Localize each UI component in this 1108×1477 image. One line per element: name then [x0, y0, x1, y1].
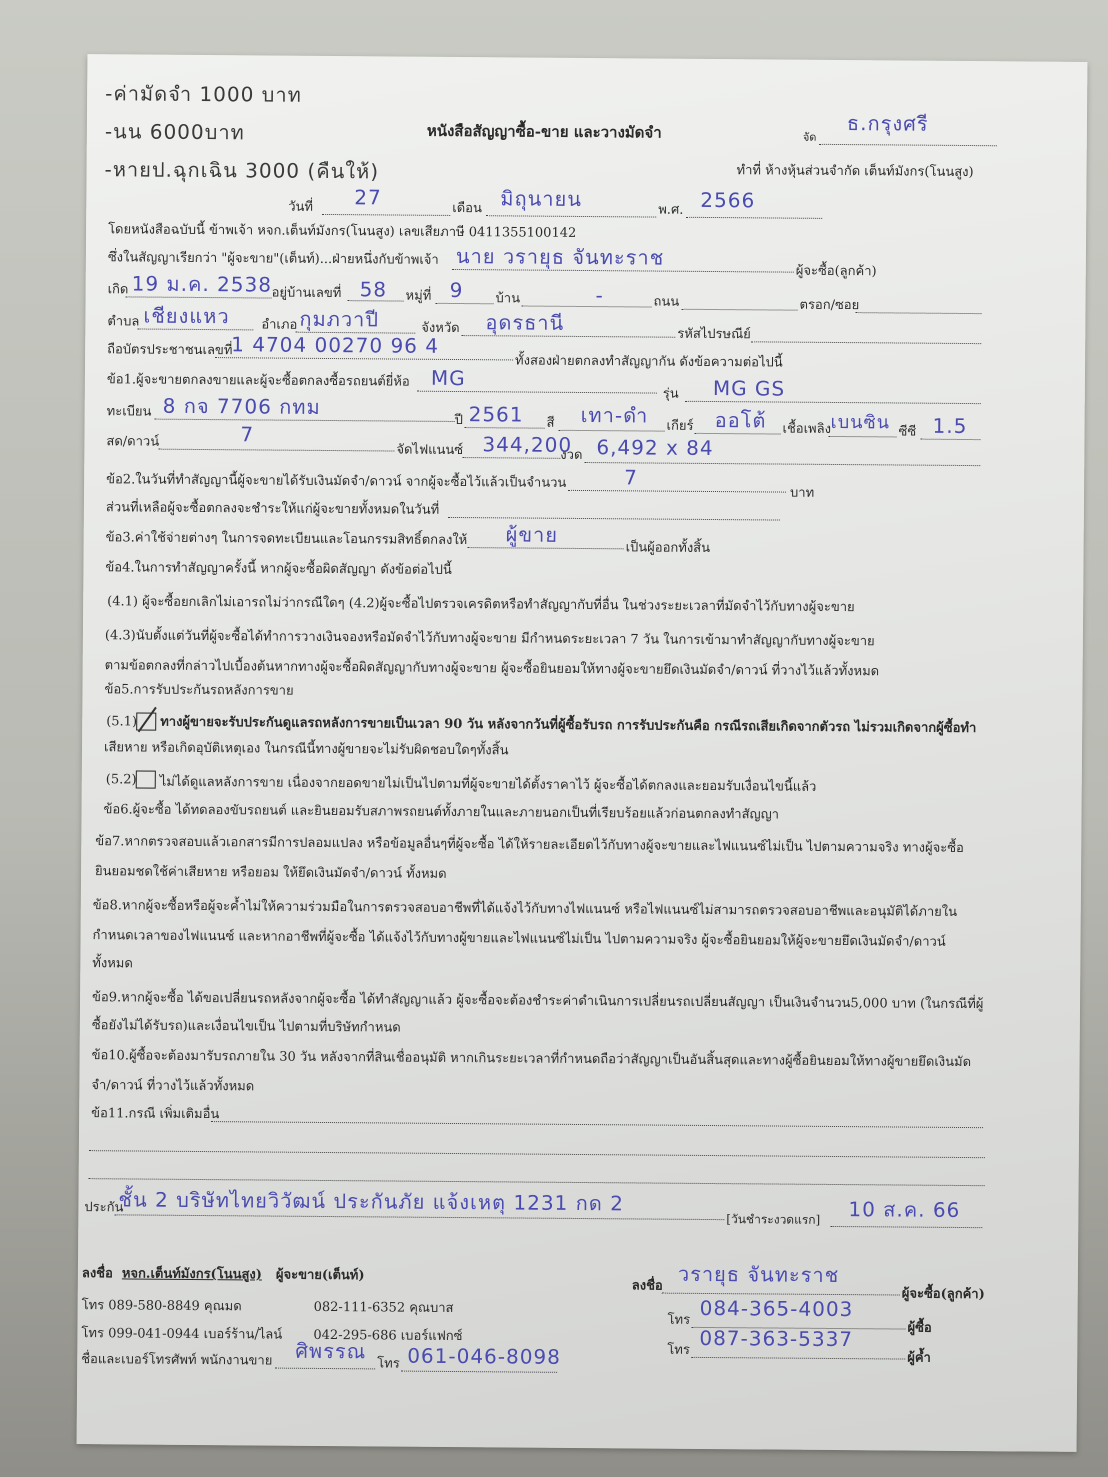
- gear-line: [695, 433, 781, 435]
- clause8-line-1: ข้อ8.หากผู้จะซื้อหรือผู้จะค้ำไม่ให้ความร…: [93, 898, 957, 921]
- postcode-line: [751, 341, 981, 344]
- installment-line: [584, 462, 980, 466]
- month-line: [486, 215, 656, 217]
- branch-value: ธ.กรุงศรี: [847, 112, 929, 135]
- finance-value: 344,200: [482, 433, 572, 456]
- salesperson-phone-label: โทร: [377, 1356, 400, 1372]
- note-2: -นน 6000บาท: [105, 120, 245, 143]
- color-value: เทา-ดำ: [581, 404, 649, 427]
- gear-label: เกียร์: [667, 419, 694, 435]
- buyer-name: นาย วรายุธ จันทะราช: [456, 245, 664, 269]
- guarantor-role: ผู้ค้ำ: [907, 1351, 931, 1367]
- moo-value: 9: [450, 279, 464, 301]
- note-3: -หายป.ฉุกเฉิน 3000 (คืนให้): [104, 158, 379, 182]
- clause6: ข้อ6.ผู้จะซื้อ ได้ทดลองขับรถยนต์ และยินย…: [103, 802, 779, 823]
- option1-label: (5.1): [106, 714, 137, 730]
- first-payment-value: 10 ส.ค. 66: [848, 1198, 960, 1221]
- house-no-label: อยู่บ้านเลขที่: [272, 286, 342, 303]
- clause7-line-2: ยินยอมชดใช้ค่าเสียหาย หรือยอม ให้ยึดเงิน…: [95, 864, 447, 883]
- option2-label: (5.2): [106, 772, 137, 788]
- down-value: 7: [240, 423, 254, 445]
- clause8-line-2: กำหนดเวลาของไฟแนนซ์ และหากอาชีพที่ผู้จะซ…: [92, 928, 945, 951]
- road-label: ถนน: [653, 295, 679, 311]
- clause3-suffix: เป็นผู้ออกทั้งสิ้น: [626, 540, 711, 557]
- buyer-role: ผู้จะซื้อ(ลูกค้า): [902, 1287, 985, 1304]
- brand-line: [417, 391, 657, 394]
- clause8-line-3: ทั้งหมด: [92, 956, 133, 972]
- cc-line: [920, 439, 980, 440]
- moo-line: [436, 303, 494, 304]
- branch-label: จัด: [803, 130, 817, 146]
- seller-phone-2: 082-111-6352 คุณบาส: [314, 1300, 454, 1317]
- salesperson-label: ชื่อและเบอร์โทรศัพท์ พนักงานขาย: [81, 1352, 272, 1370]
- remaining-date-line: [448, 517, 780, 521]
- clause1-label: ข้อ1.ผู้จะขายตกลงขายและผู้จะซื้อตกลงซื้อ…: [107, 372, 410, 390]
- guarantor-phone-label: โทร: [667, 1343, 690, 1359]
- deposit-line: [568, 490, 786, 493]
- salesperson-phone-line: [401, 1371, 557, 1373]
- province-line: [461, 335, 675, 338]
- day-value: 27: [354, 186, 382, 208]
- id-line: [215, 357, 513, 360]
- day-label: วันที่: [288, 200, 313, 216]
- model-value: MG GS: [713, 377, 785, 400]
- clause2-text: ข้อ2.ในวันที่ทำสัญญานี้ผู้จะขายได้รับเงิ…: [106, 472, 566, 492]
- first-payment-line: [830, 1226, 982, 1228]
- color-label: สี: [547, 416, 555, 432]
- cc-label: ซีซี: [898, 424, 916, 440]
- seller-name: หจก.เต็นท์มังกร(โนนสูง): [122, 1266, 262, 1283]
- born-value: 19 ม.ค. 2538: [132, 272, 273, 295]
- finance-label: จัดไฟแนนซ์: [396, 443, 463, 460]
- down-label: สด/ดาวน์: [106, 434, 159, 450]
- seller-sign-label: ลงชื่อ: [82, 1266, 113, 1282]
- contract-paper: -ค่ามัดจำ 1000 บาท -นน 6000บาท -หายป.ฉุก…: [77, 54, 1088, 1452]
- plate-line: [155, 419, 455, 422]
- buyer-name-line: [452, 269, 794, 273]
- down-line: [158, 449, 394, 452]
- color-line: [559, 430, 665, 432]
- month-label: เดือน: [452, 201, 482, 217]
- guarantor-phone-line: [691, 1357, 905, 1360]
- province-value: อุดรธานี: [485, 311, 564, 334]
- month-value: มิถุนายน: [500, 187, 582, 210]
- clause4-line-3: ตามข้อตกลงที่กล่าวไปเบื้องต้นหากทางผู้จะ…: [105, 658, 880, 680]
- buyer-phone: 084-365-4003: [700, 1297, 854, 1320]
- payer-line: [468, 547, 624, 549]
- subdistrict-label: ตำบล: [107, 314, 139, 330]
- made-at: ทำที่ ห้างหุ้นส่วนจำกัด เต็นท์มังกร(โนนส…: [737, 163, 974, 181]
- model-line: [685, 401, 981, 404]
- branch-line: [819, 144, 997, 146]
- born-line: [126, 296, 272, 298]
- option2-text: ไม่ได้ดูแลหลังการขาย เนื่องจากยอดขายไม่เ…: [160, 775, 817, 796]
- payer-value: ผู้ขาย: [506, 523, 559, 545]
- year-model-value: 2561: [469, 403, 524, 425]
- soi-line: [855, 312, 981, 314]
- brand-value: MG: [431, 367, 466, 389]
- insurance-line: [114, 1214, 724, 1220]
- model-label: รุ่น: [663, 387, 679, 403]
- clause11-line-2: [89, 1150, 985, 1158]
- fuel-value: เบนซิน: [831, 412, 891, 434]
- clause3-text: ข้อ3.ค่าใช้จ่ายต่างๆ ในการจดทะเบียนและโอ…: [106, 530, 468, 549]
- clause4-line-1: (4.1) ผู้จะซื้อยกเลิกไม่เอารถไม่ว่ากรณีใ…: [107, 594, 855, 616]
- option1-text2: เสียหาย หรือเกิดอุบัติเหตุเอง ในกรณีนี้ท…: [104, 740, 509, 759]
- clause7-line-1: ข้อ7.หากตรวจสอบแล้วเอกสารมีการปลอมแปลง ห…: [95, 834, 964, 857]
- year-label: พ.ศ.: [658, 203, 683, 219]
- clause5-heading: ข้อ5.การรับประกันรถหลังการขาย: [104, 682, 293, 699]
- installment-value: 6,492 x 84: [596, 436, 713, 459]
- seller-line: ซึ่งในสัญญาเรียกว่า "ผู้จะขาย"(เต็นท์)..…: [108, 250, 439, 269]
- village-line: [522, 306, 652, 308]
- buyer-sign-label: ลงชื่อ: [632, 1278, 663, 1294]
- clause9-line-1: ข้อ9.หากผู้จะซื้อ ได้ขอเปลี่ยนรถหลังจากผ…: [92, 990, 983, 1013]
- document-title: หนังสือสัญญาซื้อ-ขาย และวางมัดจำ: [427, 123, 662, 141]
- intro-text: โดยหนังสือฉบับนี้ ข้าพเจ้า หจก.เต็นท์มัง…: [108, 222, 576, 242]
- district-label: อำเภอ: [261, 317, 297, 333]
- finance-line: [462, 457, 560, 459]
- clause4-heading: ข้อ4.ในการทำสัญญาครั้งนี้ หากผู้จะซื้อผิ…: [105, 560, 451, 579]
- deposit-amount: 7: [624, 466, 638, 488]
- salesperson-phone: 061-046-8098: [407, 1345, 561, 1368]
- deposit-unit: บาท: [790, 486, 814, 502]
- salesperson-name: ศิพรรณ: [295, 1340, 366, 1363]
- cc-value: 1.5: [932, 415, 967, 437]
- district-value: กุมภวาปี: [299, 308, 379, 331]
- postcode-label: รหัสไปรษณีย์: [677, 327, 751, 344]
- seller-phone-1: โทร 089-580-8849 คุณมด: [82, 1298, 242, 1315]
- buyer-phone-role: ผู้ซื้อ: [907, 1321, 931, 1337]
- plate-value: 8 กจ 7706 กทม: [163, 395, 321, 418]
- moo-label: หมู่ที่: [406, 289, 432, 305]
- clause10-line-2: จำ/ดาวน์ ที่วางไว้แล้วทั้งหมด: [91, 1078, 254, 1095]
- installment-label: งวด: [560, 448, 582, 464]
- clause11-label: ข้อ11.กรณี เพิ่มเติมอื่น: [91, 1106, 219, 1123]
- day-line: [322, 214, 450, 216]
- year-value: 2566: [700, 189, 755, 211]
- id-label: ถือบัตรประชาชนเลขที่: [107, 342, 232, 359]
- buyer-sign-line: [662, 1293, 900, 1296]
- road-line: [681, 309, 797, 311]
- buyer-phone-label: โทร: [667, 1313, 690, 1329]
- seller-role: ผู้จะขาย(เต็นท์): [276, 1268, 365, 1285]
- seller-phone-3: โทร 099-041-0944 เบอร์ร้าน/ไลน์: [81, 1326, 282, 1344]
- subdistrict-value: เชียงแหว: [143, 305, 229, 328]
- fuel-line: [828, 436, 896, 438]
- gear-value: ออโต้: [715, 409, 767, 431]
- plate-label: ทะเบียน: [107, 404, 152, 420]
- village-value: -: [596, 284, 604, 306]
- clause4-line-2: (4.3)นับตั้งแต่วันที่ผู้จะซื้อได้ทำการวา…: [105, 628, 875, 650]
- subdistrict-line: [137, 328, 253, 330]
- option1-text: ทางผู้ขายจะรับประกันดูแลรถหลังการขายเป็น…: [160, 715, 976, 737]
- fuel-label: เชื้อเพลิง: [782, 422, 831, 438]
- clause9-line-2: ซื้อยังไม่ได้รับรถ)และเงื่อนไขเป็น ไปตาม…: [92, 1018, 401, 1036]
- first-payment-label: [วันชำระงวดแรก]: [726, 1211, 820, 1228]
- village-label: บ้าน: [495, 291, 520, 307]
- no-warranty-checkbox[interactable]: [136, 770, 156, 788]
- year-model-label: ปี: [455, 413, 463, 429]
- clause10-line-1: ข้อ10.ผู้ซื้อจะต้องมารับรถภายใน 30 วัน ห…: [92, 1048, 972, 1071]
- buyer-signature: วรายุธ จันทะราช: [678, 1263, 840, 1286]
- clause11-line-3: [89, 1178, 985, 1186]
- guarantor-phone: 087-363-5337: [699, 1327, 853, 1350]
- soi-label: ตรอก/ซอย: [799, 298, 859, 314]
- salesperson-name-line: [275, 1368, 375, 1370]
- year-line: [686, 217, 822, 219]
- id-suffix: ทั้งสองฝ่ายตกลงทำสัญญากัน ดังข้อความต่อไ…: [515, 353, 783, 371]
- buyer-suffix: ผู้จะซื้อ(ลูกค้า): [796, 264, 877, 281]
- note-1: -ค่ามัดจำ 1000 บาท: [105, 82, 302, 106]
- clause2-remaining: ส่วนที่เหลือผู้จะซื้อตกลงจะชำระให้แก่ผู้…: [106, 500, 439, 519]
- house-no-value: 58: [360, 278, 388, 300]
- insurance-value: ชั้น 2 บริษัทไทยวิวัฒน์ ประกันภัย แจ้งเห…: [118, 1188, 624, 1214]
- year-model-line: [465, 427, 545, 429]
- clause11-line-1: [211, 1121, 983, 1128]
- id-value: 1 4704 00270 96 4: [231, 333, 439, 357]
